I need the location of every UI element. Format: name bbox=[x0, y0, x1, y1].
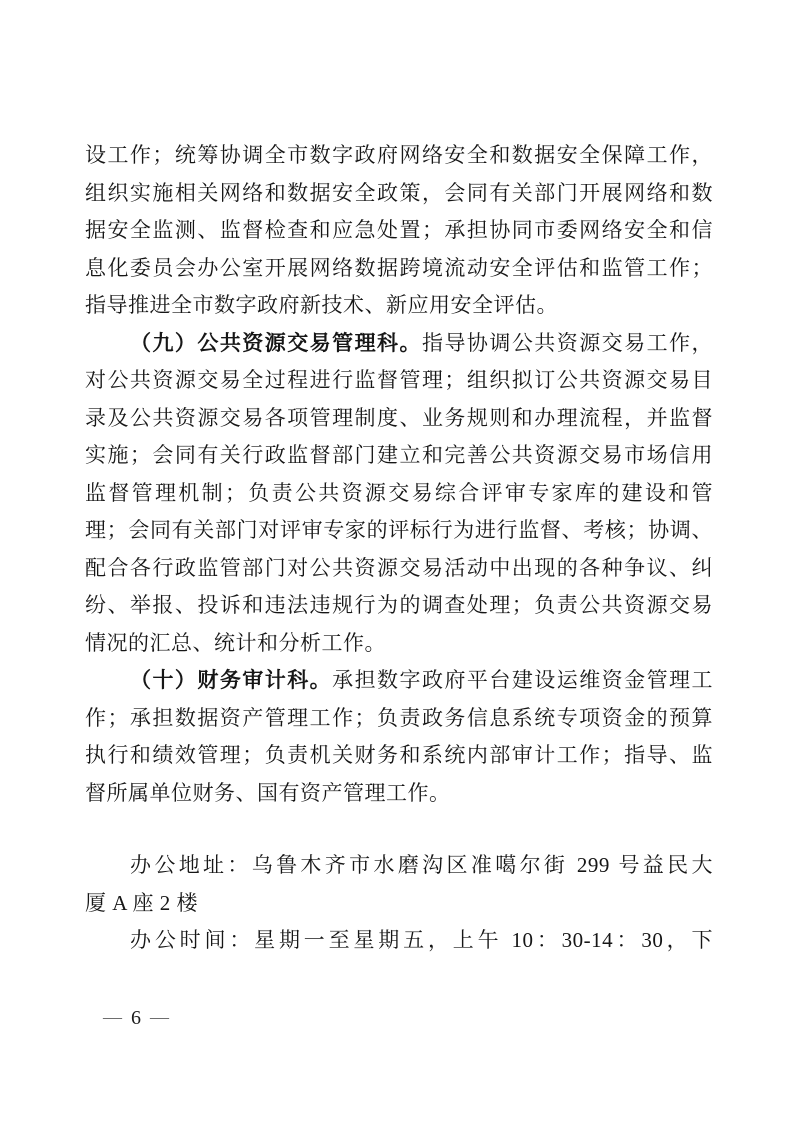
text-line: 设工作；统筹协调全市数字政府网络安全和数据安全保障工作， bbox=[85, 137, 713, 175]
text-line: （十）财务审计科。承担数字政府平台建设运维资金管理工 bbox=[85, 662, 713, 700]
text-line: 息化委员会办公室开展网络数据跨境流动安全评估和监管工作； bbox=[85, 250, 713, 288]
page-footer: — 6 — bbox=[103, 1004, 169, 1032]
text-line: 纷、举报、投诉和违法违规行为的调查处理；负责公共资源交易 bbox=[85, 587, 713, 625]
text-line: 据安全监测、监督检查和应急处置；承担协同市委网络安全和信 bbox=[85, 212, 713, 250]
text-line: 录及公共资源交易各项管理制度、业务规则和办理流程，并监督 bbox=[85, 400, 713, 438]
text-line: 督所属单位财务、国有资产管理工作。 bbox=[85, 775, 713, 813]
text-line: 执行和绩效管理；负责机关财务和系统内部审计工作；指导、监 bbox=[85, 737, 713, 775]
text-line: 厦 A 座 2 楼 bbox=[85, 885, 713, 923]
text-line: 理；会同有关部门对评审专家的评标行为进行监督、考核；协调、 bbox=[85, 512, 713, 550]
footer-dash-right: — bbox=[150, 1004, 169, 1032]
text-line: 指导推进全市数字政府新技术、新应用安全评估。 bbox=[85, 287, 713, 325]
text-line: 对公共资源交易全过程进行监督管理；组织拟订公共资源交易目 bbox=[85, 362, 713, 400]
footer-dash-left: — bbox=[103, 1004, 122, 1032]
text-line: 办公时间：星期一至星期五，上午 10：30-14：30，下 bbox=[85, 922, 713, 960]
text-line: 情况的汇总、统计和分析工作。 bbox=[85, 625, 713, 663]
text-line: （九）公共资源交易管理科。指导协调公共资源交易工作， bbox=[85, 325, 713, 363]
text-line: 配合各行政监管部门对公共资源交易活动中出现的各种争议、纠 bbox=[85, 550, 713, 588]
text-line: 实施；会同有关行政监督部门建立和完善公共资源交易市场信用 bbox=[85, 437, 713, 475]
paragraph-spacer bbox=[85, 812, 713, 847]
document-body: 设工作；统筹协调全市数字政府网络安全和数据安全保障工作，组织实施相关网络和数据安… bbox=[85, 137, 713, 960]
text-line: 监督管理机制；负责公共资源交易综合评审专家库的建设和管 bbox=[85, 475, 713, 513]
text-line: 办公地址：乌鲁木齐市水磨沟区准噶尔街 299 号益民大 bbox=[85, 847, 713, 885]
text-line: 作；承担数据资产管理工作；负责政务信息系统专项资金的预算 bbox=[85, 700, 713, 738]
text-line: 组织实施相关网络和数据安全政策，会同有关部门开展网络和数 bbox=[85, 175, 713, 213]
document-page: 设工作；统筹协调全市数字政府网络安全和数据安全保障工作，组织实施相关网络和数据安… bbox=[0, 0, 793, 1122]
section-heading: （十）财务审计科。 bbox=[130, 668, 332, 692]
section-heading: （九）公共资源交易管理科。 bbox=[130, 331, 422, 355]
page-number: 6 bbox=[131, 1004, 141, 1032]
